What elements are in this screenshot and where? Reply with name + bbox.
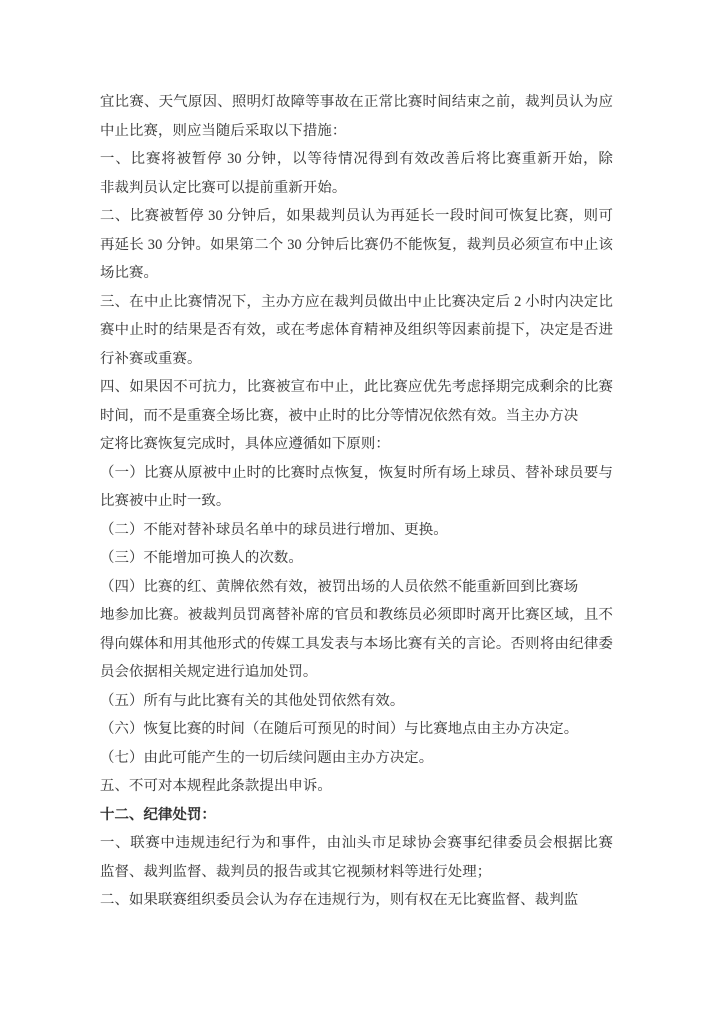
text-line: （七）由此可能产生的一切后续问题由主办方决定。 [100, 744, 613, 773]
text-line: 二、如果联赛组织委员会认为存在违规行为，则有权在无比赛监督、裁判监 [100, 886, 613, 915]
text-line: 地参加比赛。被裁判员罚离替补席的官员和教练员必须即时离开比赛区域，且不 [100, 601, 613, 630]
text-line: 一、比赛将被暂停 30 分钟，以等待情况得到有效改善后将比赛重新开始，除 [100, 145, 613, 174]
text-line: 三、在中止比赛情况下，主办方应在裁判员做出中止比赛决定后 2 小时内决定比 [100, 288, 613, 317]
text-line: 时间，而不是重赛全场比赛，被中止时的比分等情况依然有效。当主办方决 [100, 402, 613, 431]
document-page: 宜比赛、天气原因、照明灯故障等事故在正常比赛时间结束之前，裁判员认为应中止比赛，… [0, 0, 720, 1019]
text-line: （一）比赛从原被中止时的比赛时点恢复，恢复时所有场上球员、替补球员要与 [100, 459, 613, 488]
text-line: （五）所有与此比赛有关的其他处罚依然有效。 [100, 687, 613, 716]
text-line: 定将比赛恢复完成时，具体应遵循如下原则： [100, 430, 613, 459]
section-heading: 十二、纪律处罚： [100, 801, 613, 830]
text-line: 非裁判员认定比赛可以提前重新开始。 [100, 174, 613, 203]
text-line: 一、联赛中违规违纪行为和事件，由汕头市足球协会赛事纪律委员会根据比赛 [100, 829, 613, 858]
text-line: （四）比赛的红、黄牌依然有效，被罚出场的人员依然不能重新回到比赛场 [100, 573, 613, 602]
text-line: 行补赛或重赛。 [100, 345, 613, 374]
text-line: 比赛被中止时一致。 [100, 487, 613, 516]
text-line: 五、不可对本规程此条款提出申诉。 [100, 772, 613, 801]
text-line: 中止比赛，则应当随后采取以下措施： [100, 117, 613, 146]
text-line: 赛中止时的结果是否有效，或在考虑体育精神及组织等因素前提下，决定是否进 [100, 316, 613, 345]
text-line: 监督、裁判监督、裁判员的报告或其它视频材料等进行处理； [100, 858, 613, 887]
text-line: 四、如果因不可抗力，比赛被宣布中止，此比赛应优先考虑择期完成剩余的比赛 [100, 373, 613, 402]
text-line: 得向媒体和用其他形式的传媒工具发表与本场比赛有关的言论。否则将由纪律委 [100, 630, 613, 659]
text-line: （三）不能增加可换人的次数。 [100, 544, 613, 573]
text-line: 宜比赛、天气原因、照明灯故障等事故在正常比赛时间结束之前，裁判员认为应 [100, 88, 613, 117]
text-line: 场比赛。 [100, 259, 613, 288]
text-line: 员会依据相关规定进行追加处罚。 [100, 658, 613, 687]
text-line: 再延长 30 分钟。如果第二个 30 分钟后比赛仍不能恢复，裁判员必须宣布中止该 [100, 231, 613, 260]
text-line: （六）恢复比赛的时间（在随后可预见的时间）与比赛地点由主办方决定。 [100, 715, 613, 744]
text-line: （二）不能对替补球员名单中的球员进行增加、更换。 [100, 516, 613, 545]
document-body: 宜比赛、天气原因、照明灯故障等事故在正常比赛时间结束之前，裁判员认为应中止比赛，… [100, 88, 613, 915]
text-line: 二、比赛被暂停 30 分钟后，如果裁判员认为再延长一段时间可恢复比赛，则可 [100, 202, 613, 231]
